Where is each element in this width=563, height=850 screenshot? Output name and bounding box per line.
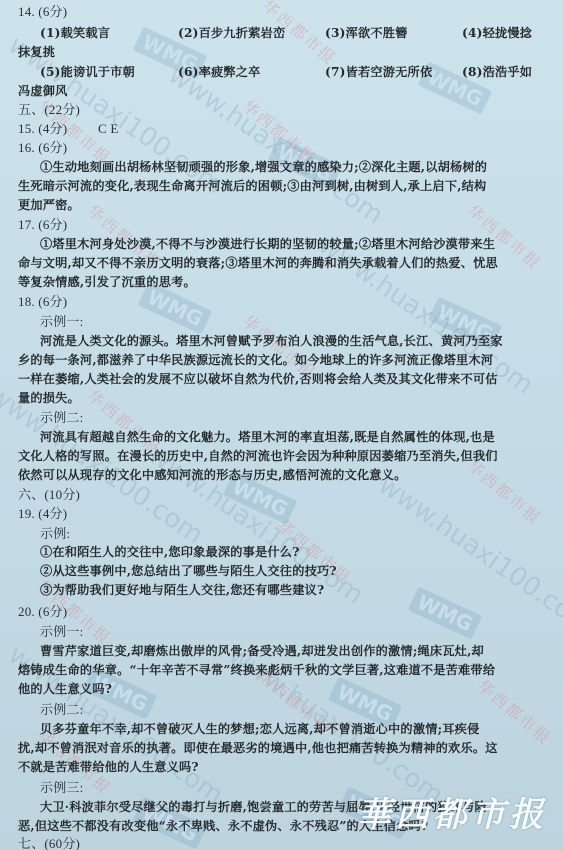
q19-line-1: ①在和陌生人的交往中,您印象最深的事是什么? (40, 545, 300, 560)
q20-example-3-label: 示例三: (40, 780, 83, 795)
q14-header: 14. (6分) (18, 4, 67, 19)
q20-example-1-line-2: 熔铸成生命的华章。“十年辛苦不寻常”终换来彪炳千秋的文学巨著,这难道不是苦难带给 (18, 663, 495, 678)
watermark-url: www.huaxi100.com (163, 60, 389, 231)
q20-header: 20. (6分) (18, 604, 67, 619)
q18-example-2-line-3: 依然可以从现存的文化中感知河流的形态与历史,感悟河流的文化意义。 (18, 468, 406, 483)
q16-line-3: 更加严密。 (18, 198, 80, 213)
watermark-url: www.huaxi100.com (373, 470, 563, 641)
q14-item-1: (1)载笑载言 (40, 26, 110, 41)
q18-header: 18. (6分) (18, 294, 67, 309)
q16-line-1: ①生动地刻画出胡杨林坚韧顽强的形象,增强文章的感染力;②深化主题,以胡杨树的 (40, 160, 487, 175)
q18-example-1-line-3: 一样在萎缩,人类社会的发展不应以破坏自然为代价,否则将会给人类及其文化带来不可估 (18, 372, 498, 387)
q20-example-1-line-1: 曹雪芹家道巨变,却磨炼出傲岸的风骨;备受冷遇,却迸发出创作的激情;绳床瓦灶,却 (40, 644, 484, 659)
q14-item-5: (5)能谤讥于市朝 (40, 65, 135, 80)
watermark-red-stamp: 华西都市报 (238, 94, 322, 169)
section-7-header: 七、(60分) (18, 836, 80, 850)
q17-line-2: 命与文明,却又不得不亲历文明的衰落;③塔里木河的奔腾和消失承载着人们的热爱、忧思 (18, 256, 498, 271)
q15-header: 15. (4分) (18, 121, 67, 136)
huaxi-dushibao-logo: 華西都市报 (357, 787, 547, 836)
q19-header: 19. (4分) (18, 506, 67, 521)
q20-example-2-line-1: 贝多芬童年不幸,却不曾破灭人生的梦想;恋人远离,却不曾消逝心中的激情;耳疾侵 (40, 722, 479, 737)
q17-line-3: 等复杂情感,引发了沉重的思考。 (18, 275, 196, 290)
q20-example-2-line-3: 不就是苦难带给他的人生意义吗? (18, 760, 199, 775)
watermark-red-stamp: 华西都市报 (463, 454, 547, 529)
q17-line-1: ①塔里木河身处沙漠,不得不与沙漠进行长期的坚韧的较量;②塔里木河给沙漠带来生 (40, 237, 495, 252)
q20-example-1-line-3: 他的人生意义吗? (18, 682, 112, 697)
q18-example-1-line-4: 量的损失。 (18, 391, 80, 406)
q18-example-1-line-1: 河流是人类文化的源头。塔里木河曾赋予罗布泊人浪漫的生活气息,长江、黄河乃至家 (40, 334, 503, 349)
q14-item-4: (4)轻拢慢捻 (462, 26, 532, 41)
q17-header: 17. (6分) (18, 217, 67, 232)
q14-item-4-wrap: 抹复挑 (18, 45, 55, 60)
q20-example-1-label: 示例一: (40, 624, 83, 639)
q18-example-2-line-1: 河流具有超越自然生命的文化魅力。塔里木河的率直坦荡,既是自然属性的体现,也是 (40, 430, 495, 445)
q18-example-2-line-2: 文化人格的写照。在漫长的历史中,自然的河流也许会因为种种原因萎缩乃至消失,但我们 (18, 449, 498, 464)
q19-line-2: ②从这些事例中,您总结出了哪些与陌生人交往的技巧? (40, 564, 337, 579)
watermark-red-stamp: 华西都市报 (473, 674, 557, 749)
q19-line-3: ③为帮助我们更好地与陌生人交往,您还有哪些建议? (40, 583, 324, 598)
q16-header: 16. (6分) (18, 140, 67, 155)
q15-answer: C E (98, 121, 118, 136)
q14-item-3: (3)浑欲不胜簪 (325, 26, 408, 41)
q14-item-2: (2)百步九折萦岩峦 (178, 26, 285, 41)
q14-item-8-wrap: 冯虚御风 (18, 84, 68, 99)
q20-example-2-label: 示例二: (40, 702, 83, 717)
answer-sheet-page: www.huaxi100.com www.huaxi100.com www.hu… (0, 0, 563, 850)
q18-example-1-label: 示例一: (40, 314, 83, 329)
section-6-header: 六、(10分) (18, 487, 80, 502)
q16-line-2: 生死暗示河流的变化,表现生命离开河流后的困顿;③由河到树,由树到人,承上启下,结… (18, 179, 486, 194)
q18-example-2-label: 示例二: (40, 410, 83, 425)
section-5-header: 五、(22分) (18, 102, 80, 117)
q14-item-7: (7)皆若空游无所依 (325, 65, 432, 80)
q19-example-label: 示例: (40, 526, 70, 541)
watermark-box: WMG (408, 586, 482, 639)
q14-item-6: (6)率疲弊之卒 (178, 65, 261, 80)
watermark-red-stamp: 华西都市报 (83, 384, 167, 459)
q20-example-2-line-2: 扰,却不曾消泯对音乐的执著。即使在最恶劣的境遇中,他也把痛苦转换为精神的欢乐。这 (18, 741, 498, 756)
q14-item-8: (8)浩浩乎如 (462, 65, 532, 80)
q18-example-1-line-2: 乡的每一条河,都滋养了中华民族源远流长的文化。如今地球上的许多河流正像塔里木河 (18, 353, 493, 368)
